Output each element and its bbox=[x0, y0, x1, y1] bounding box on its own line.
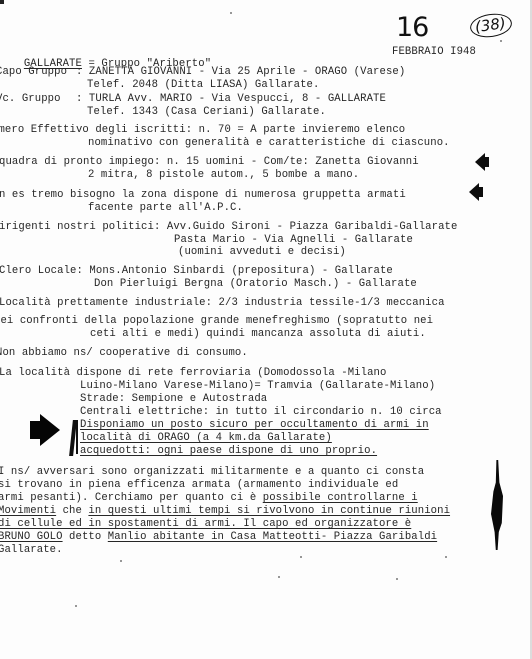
scan-speck bbox=[230, 12, 232, 14]
closing-line6-text: detto bbox=[63, 531, 108, 543]
estremo-bisogno-line2: facente parte all'A.P.C. bbox=[88, 202, 243, 214]
scan-speck bbox=[278, 576, 280, 578]
scan-speck bbox=[396, 578, 398, 580]
handwritten-page-number: 16 bbox=[396, 12, 428, 43]
centrali-line: Centrali elettriche: in tutto il circond… bbox=[80, 406, 442, 418]
closing-line7: Gallarate. bbox=[0, 544, 63, 556]
rete-line1: La località dispone di rete ferroviaria … bbox=[0, 367, 386, 379]
scan-speck bbox=[75, 605, 77, 607]
confronti-line2: ceti alti e medi) quindi mancanza assolu… bbox=[90, 328, 426, 340]
margin-arrow-marker bbox=[475, 153, 485, 171]
scan-edge-mark bbox=[0, 0, 4, 4]
closing-line2: si trovano in piena efficenza armata (ar… bbox=[0, 479, 398, 491]
margin-arrow-marker bbox=[469, 183, 479, 201]
disponiamo-line1: Disponiamo un posto sicuro per occultame… bbox=[80, 419, 429, 431]
rete-line2: Luino-Milano Varese-Milano)= Tramvia (Ga… bbox=[80, 380, 435, 392]
clero-line2: Don Pierluigi Bergna (Oratorio Masch.) -… bbox=[94, 278, 417, 290]
closing-line4: Movimenti che in questi ultimi tempi si … bbox=[0, 505, 450, 517]
scan-speck bbox=[445, 556, 447, 558]
margin-bar-mark bbox=[76, 420, 78, 454]
dirigenti-line1: irigenti nostri politici: Avv.Guido Siro… bbox=[0, 221, 457, 233]
numero-iscritti-line2: nominativo con generalità e caratteristi… bbox=[88, 137, 450, 149]
scan-speck bbox=[300, 556, 302, 558]
closing-line3-text: armi pesanti). Cerchiamo per quanto ci è bbox=[0, 492, 263, 504]
closing-line4-underlined-a: Movimenti bbox=[0, 505, 56, 517]
capo-gruppo-line2: Telef. 2048 (Ditta LIASA) Gallarate. bbox=[87, 79, 319, 91]
numero-iscritti-line1: umero Effettivo degli iscritti: n. 70 = … bbox=[0, 124, 405, 136]
localita-industriale: Località prettamente industriale: 2/3 in… bbox=[0, 297, 445, 309]
header-date: FEBBRAIO I948 bbox=[392, 46, 476, 58]
squadra-line1: quadra di pronto impiego: n. 15 uomini -… bbox=[0, 156, 419, 168]
scan-speck bbox=[500, 40, 502, 42]
closing-line6-underlined-b: Manlio abitante in Casa Matteotti- Piazz… bbox=[108, 531, 437, 543]
margin-arrow-marker-large bbox=[40, 414, 60, 446]
closing-line4-text: che bbox=[56, 505, 88, 517]
closing-line3-underlined: possibile controllarne i bbox=[263, 492, 418, 504]
strade-line: Strade: Sempione e Autostrada bbox=[80, 393, 267, 405]
handwritten-circled-number: (38) bbox=[469, 11, 514, 40]
closing-line6-underlined-a: BRUNO GOLO bbox=[0, 531, 63, 543]
vice-gruppo-line2: Telef. 1343 (Casa Ceriani) Gallarate. bbox=[87, 106, 326, 118]
capo-gruppo-line1: : ZANETTA GIOVANNI - Via 25 Aprile - ORA… bbox=[76, 66, 405, 78]
clero-line1: Clero Locale: Mons.Antonio Sinbardi (pre… bbox=[0, 265, 393, 277]
squadra-line2: 2 mitra, 8 pistole autom., 5 bombe a man… bbox=[88, 169, 359, 181]
closing-line3: armi pesanti). Cerchiamo per quanto ci è… bbox=[0, 492, 418, 504]
closing-line1: I ns/ avversari sono organizzati militar… bbox=[0, 466, 424, 478]
vice-gruppo-line1: : TURLA Avv. MARIO - Via Vespucci, 8 - G… bbox=[76, 93, 386, 105]
document-page: 16 (38) GALLARATE = Gruppo "Ariberto" FE… bbox=[0, 0, 532, 659]
disponiamo-line2: località di ORAGO (a 4 km.da Gallarate) bbox=[80, 432, 332, 444]
acquedotti-line: acquedotti: ogni paese dispone di uno pr… bbox=[80, 445, 377, 457]
capo-gruppo-label: Capo Gruppo bbox=[0, 66, 67, 78]
estremo-bisogno-line1: n es tremo bisogno la zona dispone di nu… bbox=[0, 189, 406, 201]
margin-bracket-mark bbox=[491, 460, 503, 550]
dirigenti-line3: (uomini avveduti e decisi) bbox=[178, 246, 346, 258]
dirigenti-line2: Pasta Mario - Via Agnelli - Gallarate bbox=[174, 234, 413, 246]
cooperative-line: Non abbiamo ns/ cooperative di consumo. bbox=[0, 347, 248, 359]
vice-gruppo-label: Vc. Gruppo bbox=[0, 93, 61, 105]
closing-line4-underlined-b: in questi ultimi tempi si rivolvono in c… bbox=[88, 505, 450, 517]
closing-line5: di cellule ed in spostamenti di armi. Il… bbox=[0, 518, 411, 530]
confronti-line1: Nei confronti della popolazione grande m… bbox=[0, 315, 433, 327]
closing-line6: BRUNO GOLO detto Manlio abitante in Casa… bbox=[0, 531, 437, 543]
scan-speck bbox=[120, 560, 122, 562]
